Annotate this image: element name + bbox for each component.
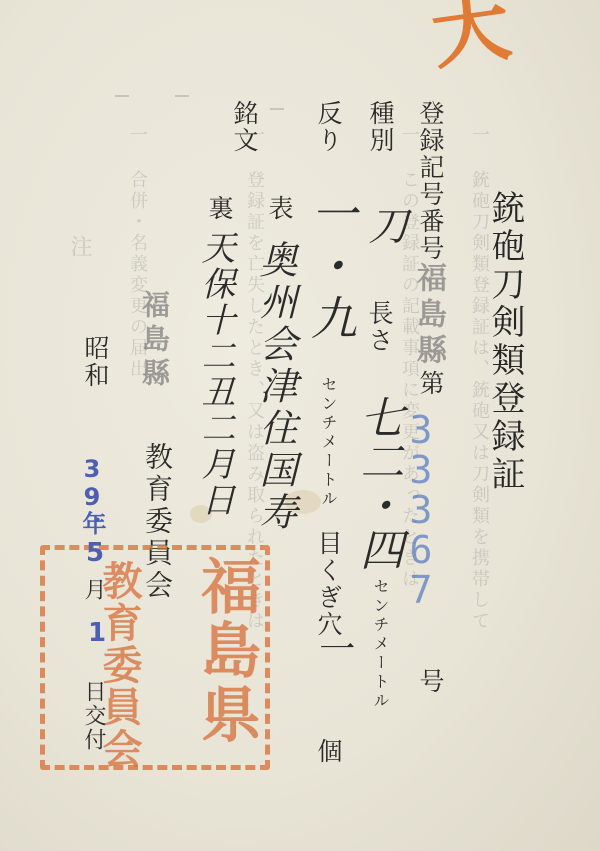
issuer-prefecture: 福島縣: [140, 290, 168, 392]
registration-dai: 第: [418, 370, 443, 397]
issue-era: 昭和: [83, 335, 108, 389]
note-dash: [115, 95, 129, 97]
document-title: 銃砲刀剣類登録証: [488, 190, 522, 494]
mekugi-unit: 個: [316, 738, 341, 765]
note-dash: [270, 108, 284, 110]
length-value: 七二・四: [355, 395, 399, 571]
registration-certificate: 注 一 銃砲刀剣類登録証は、銃砲又は刀剣類を携帯して 一 この登録証の記載事項に…: [0, 0, 600, 851]
mekugi-value: 一: [312, 630, 348, 668]
curvature-unit: センチメートル: [320, 376, 336, 509]
length-unit: センチメートル: [372, 578, 388, 711]
note-dash: [175, 95, 189, 97]
notes-label: 注: [68, 235, 90, 260]
mekugi-label: 目くぎ穴: [316, 530, 341, 638]
ura-label: 裏: [207, 195, 232, 222]
curvature-label: 反り: [316, 100, 341, 154]
issue-day-label: 日交付: [82, 680, 104, 752]
registration-label: 登録記号番号: [418, 100, 443, 262]
inscription-label: 銘文: [232, 100, 257, 154]
registration-number: 33367: [402, 408, 440, 608]
issue-year-sep: ・: [86, 510, 106, 530]
type-value: 刀: [365, 205, 405, 247]
type-label: 種別: [368, 100, 393, 154]
issue-month-number: 5: [82, 538, 108, 568]
omote-value: 奥州会津住国寿: [256, 240, 294, 534]
omote-label: 表: [267, 195, 292, 222]
issue-month-label: 月: [82, 578, 104, 602]
registration-suffix: 号: [418, 668, 443, 695]
length-label: 長さ: [367, 300, 392, 354]
grade-stamp: 大: [427, 0, 515, 75]
ura-value: 天保十二丑二月日: [198, 230, 232, 518]
curvature-value: 一・九: [308, 190, 354, 346]
issue-day-number: 1: [84, 618, 110, 648]
seal-text-right: 福島県: [196, 555, 256, 747]
registration-prefecture: 福島縣: [413, 262, 443, 370]
